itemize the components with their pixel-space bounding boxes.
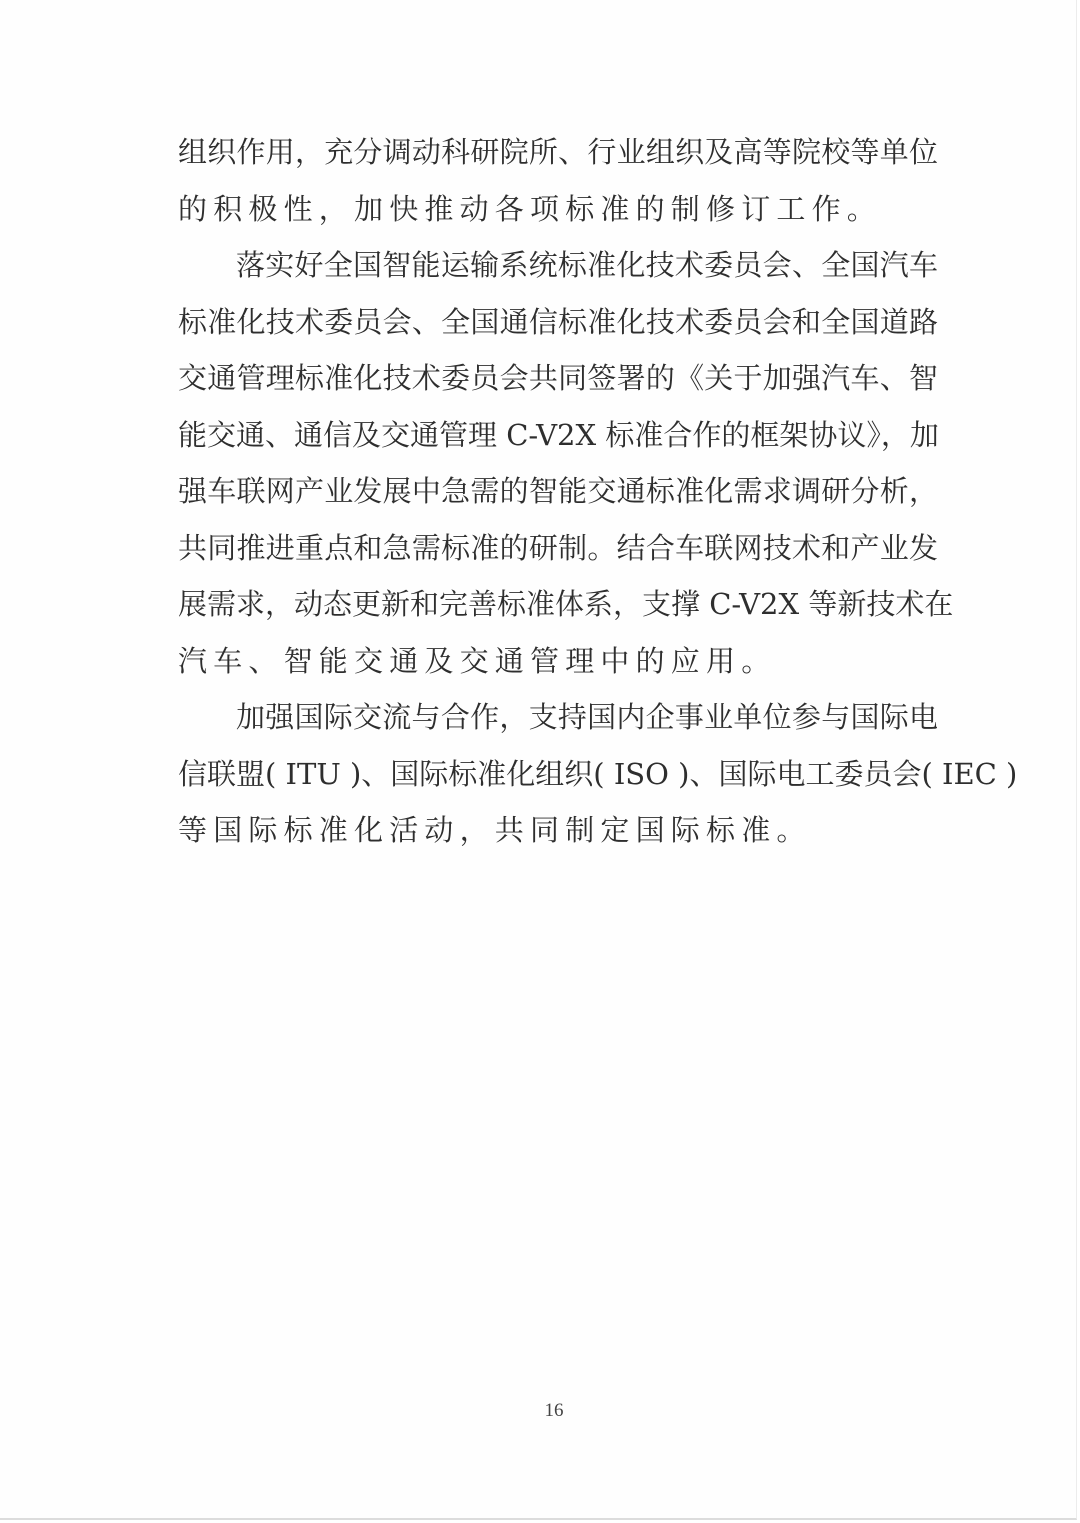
text-line: 等国际标准化活动，共同制定国际标准。 bbox=[178, 802, 938, 859]
document-page: 组织作用，充分调动科研院所、行业组织及高等院校等单位 的积极性，加快推动各项标准… bbox=[0, 0, 1077, 1520]
text-line: 的积极性，加快推动各项标准的制修订工作。 bbox=[178, 181, 938, 238]
text-line: 加强国际交流与合作，支持国内企事业单位参与国际电 bbox=[178, 689, 938, 746]
text-line: 强车联网产业发展中急需的智能交通标准化需求调研分析， bbox=[178, 463, 938, 520]
page-number: 16 bbox=[0, 1400, 1080, 1422]
text-line: 汽车、智能交通及交通管理中的应用。 bbox=[178, 633, 938, 690]
text-line: 交通管理标准化技术委员会共同签署的《关于加强汽车、智 bbox=[178, 350, 938, 407]
text-line: 共同推进重点和急需标准的研制。结合车联网技术和产业发 bbox=[178, 520, 938, 577]
text-line: 落实好全国智能运输系统标准化技术委员会、全国汽车 bbox=[178, 237, 938, 294]
text-line: 能交通、通信及交通管理 C-V2X 标准合作的框架协议》，加 bbox=[178, 407, 938, 464]
text-line: 信联盟( ITU )、国际标准化组织( ISO )、国际电工委员会( IEC ) bbox=[178, 746, 938, 803]
body-text: 组织作用，充分调动科研院所、行业组织及高等院校等单位 的积极性，加快推动各项标准… bbox=[178, 124, 938, 859]
text-line: 组织作用，充分调动科研院所、行业组织及高等院校等单位 bbox=[178, 124, 938, 181]
text-line: 标准化技术委员会、全国通信标准化技术委员会和全国道路 bbox=[178, 294, 938, 351]
text-line: 展需求，动态更新和完善标准体系，支撑 C-V2X 等新技术在 bbox=[178, 576, 938, 633]
